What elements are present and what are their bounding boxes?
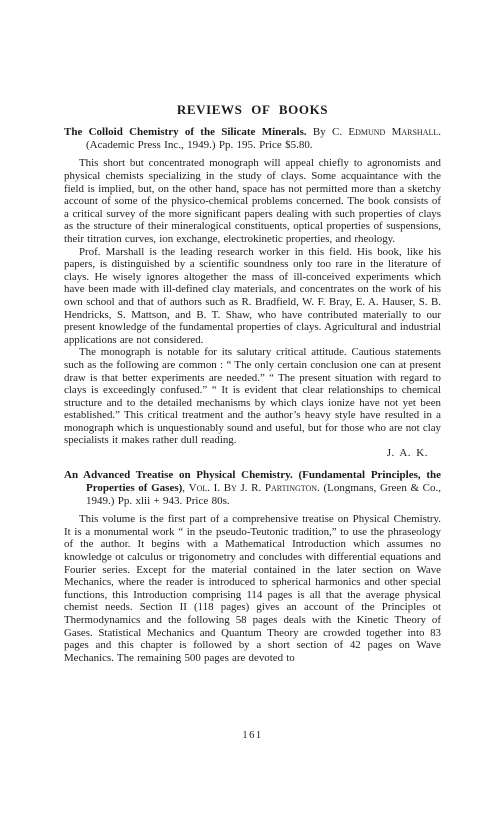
review-1-paragraph-1: This short but concentrated monograph wi… [64, 157, 441, 245]
review-1-paragraph-2: Prof. Marshall is the leading research w… [64, 246, 441, 347]
journal-page: REVIEWS OF BOOKS The Colloid Chemistry o… [0, 0, 500, 826]
review-colloid-chemistry: The Colloid Chemistry of the Silicate Mi… [64, 126, 441, 460]
review-2-paragraph-1: This volume is the first part of a compr… [64, 513, 441, 664]
review-physical-chemistry: An Advanced Treatise on Physical Chemist… [64, 469, 441, 665]
page-number: 161 [64, 730, 441, 741]
text-column: REVIEWS OF BOOKS The Colloid Chemistry o… [64, 103, 441, 664]
review-1-heading: The Colloid Chemistry of the Silicate Mi… [86, 126, 441, 152]
reviewer-initials: J. A. K. [64, 447, 441, 460]
page-title: REVIEWS OF BOOKS [64, 103, 441, 117]
review-1-paragraph-3: The monograph is notable for its salutar… [64, 346, 441, 447]
review-2-heading: An Advanced Treatise on Physical Chemist… [86, 469, 441, 509]
